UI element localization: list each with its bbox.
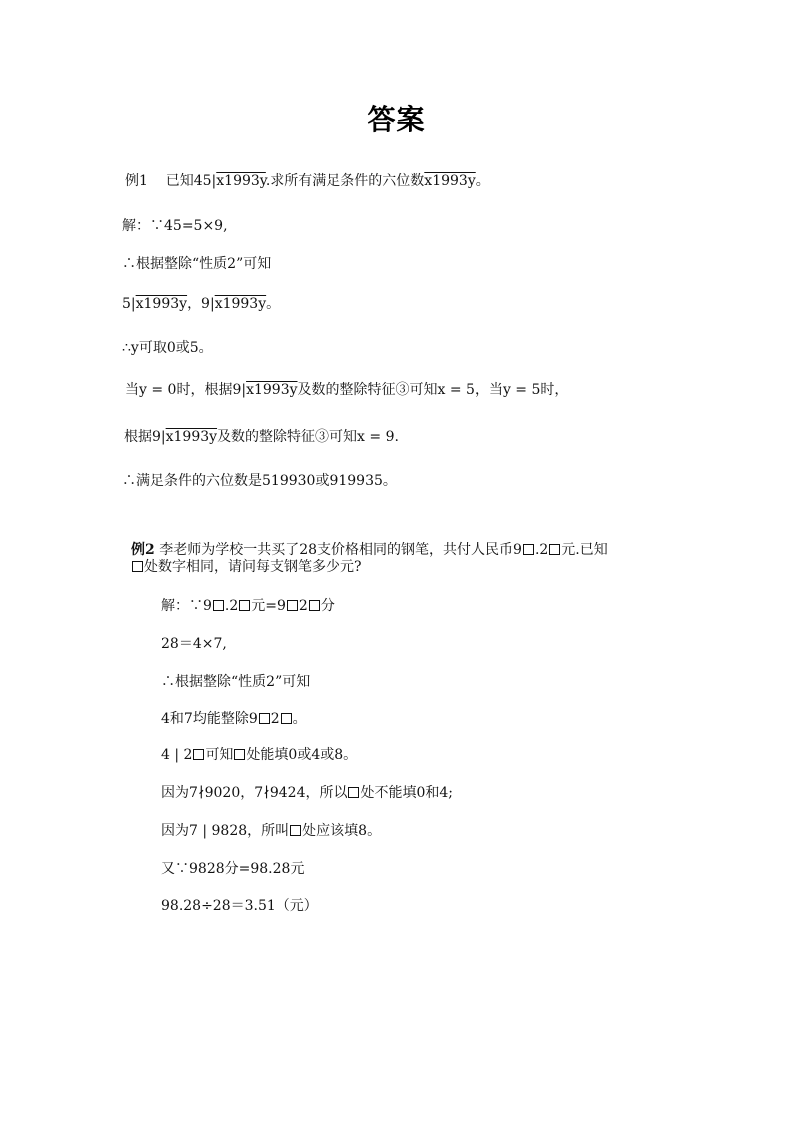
example2-question: 例2 李老师为学校一共买了28支价格相同的钢笔，共付人民币9.2元.已知处数字相… [131,542,691,576]
example1-line-7: ∴满足条件的六位数是519930或919935。 [122,472,397,490]
blank-box [287,600,298,611]
blank-box [348,787,359,798]
example1-line-3: 5|x1993y，9|x1993y。 [122,295,280,313]
example2-line-8: 又∵9828分=98.28元 [161,860,304,878]
blank-box [309,600,320,611]
overlined-number: x1993y [424,173,475,189]
page-title: 答案 [0,98,793,138]
blank-box [239,600,250,611]
blank-box [234,749,245,760]
example1-question: 例1 已知45|x1993y.求所有满足条件的六位数x1993y。 [125,172,490,190]
overlined-number: x1993y [216,173,266,189]
blank-box [213,600,224,611]
blank-box [281,713,292,724]
example2-line-4: 4和7均能整除92。 [161,710,307,728]
example2-line-3: ∴根据整除“性质2”可知 [161,673,310,691]
example2-label: 例2 [131,542,155,558]
example2-line-2: 28＝4×7, [161,635,227,653]
example1-label: 例1 [125,173,148,189]
example1-line-6: 根据9|x1993y及数的整除特征③可知x = 9. [124,428,399,446]
example2-line-6: 因为7∤9020，7∤9424，所以处不能填0和4; [161,784,453,802]
example2-line-7: 因为7 | 9828，所叫处应该填8。 [161,822,381,840]
blank-box [193,749,204,760]
example1-line-4: ∴y可取0或5。 [122,339,213,357]
blank-box [290,825,301,836]
example1-line-1: 解：∵45=5×9, [122,217,228,235]
blank-box [259,713,270,724]
blank-box [523,544,534,555]
example2-line-5: 4 | 2可知处能填0或4或8。 [161,746,357,764]
example2-line-1: 解：∵9.2元=92分 [161,597,335,615]
example1-line-5: 当y = 0时，根据9|x1993y及数的整除特征③可知x = 5，当y = 5… [125,381,568,399]
blank-box [132,561,143,572]
example2-line-9: 98.28÷28＝3.51（元） [161,897,318,915]
example1-line-2: ∴根据整除“性质2”可知 [122,255,271,273]
blank-box [549,544,560,555]
